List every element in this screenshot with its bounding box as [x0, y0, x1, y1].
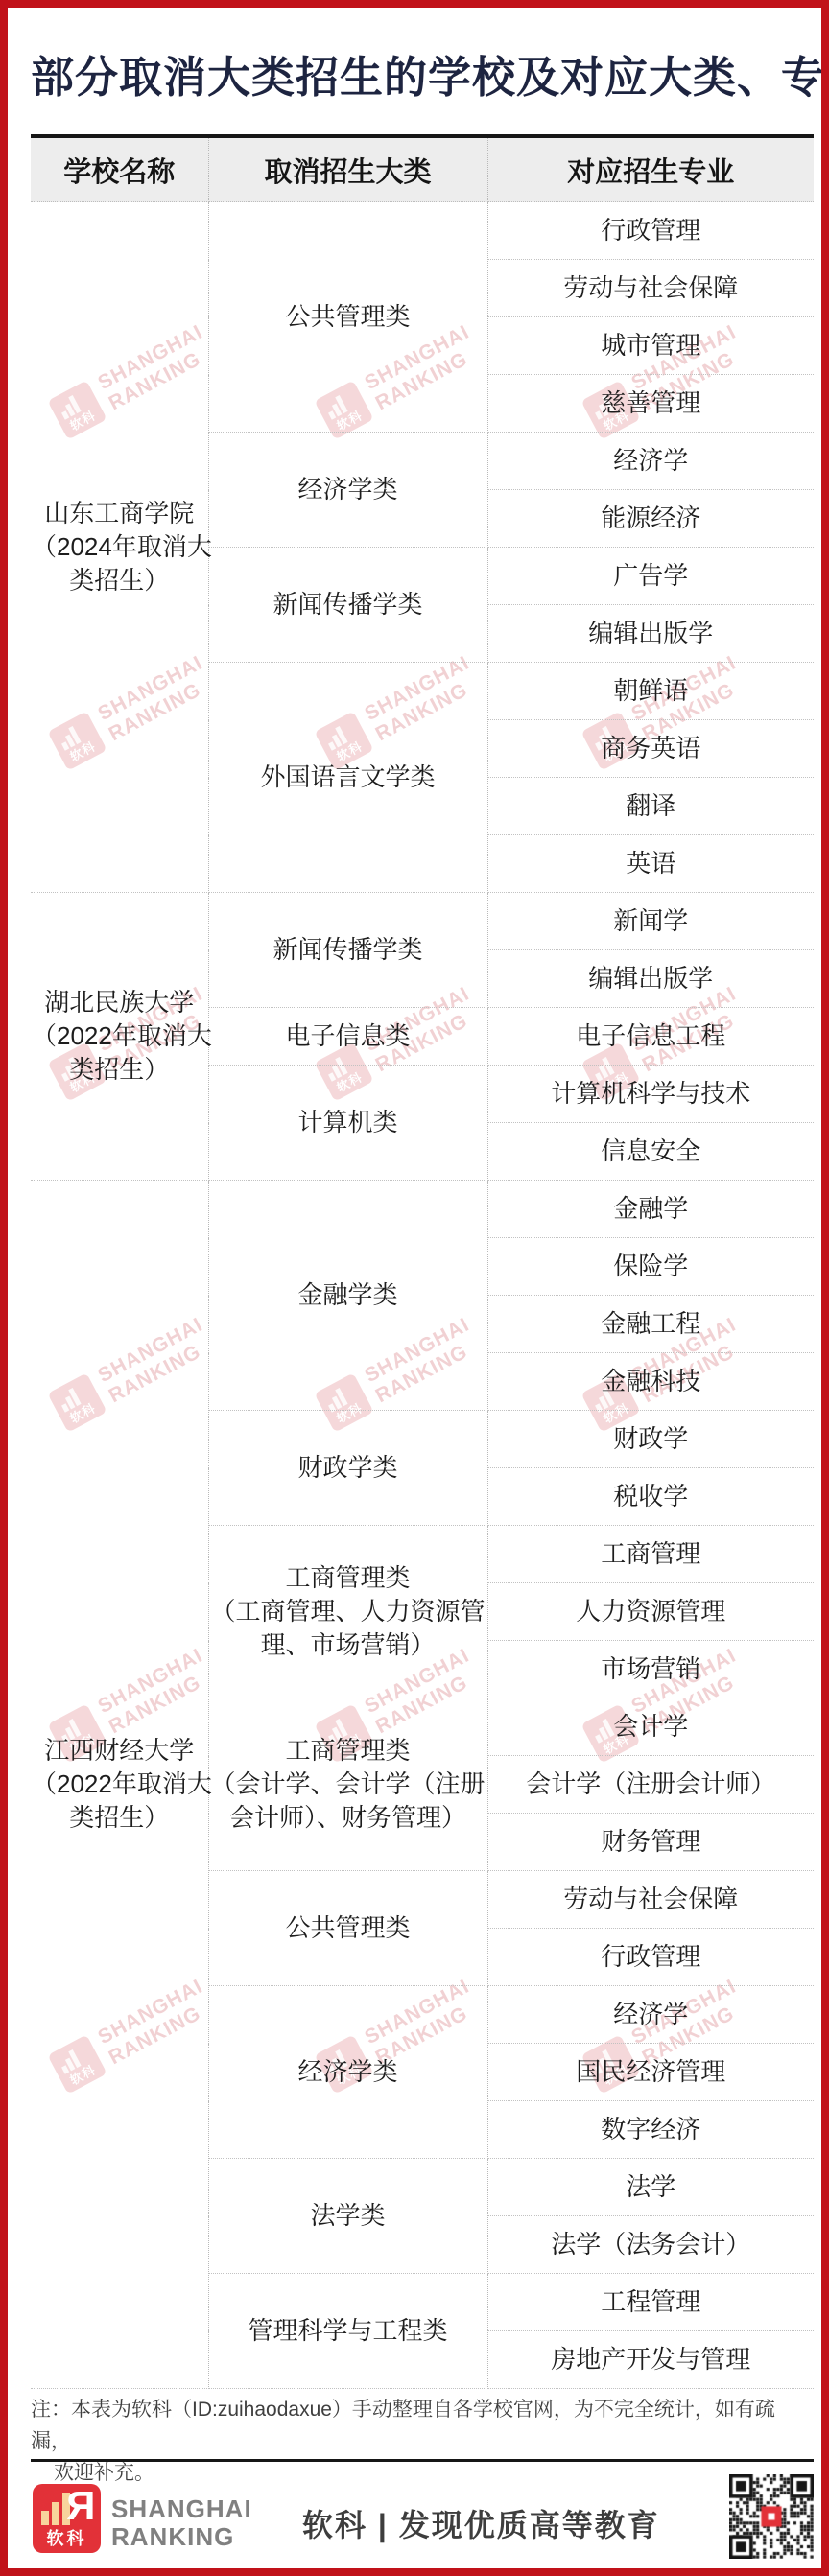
major-cell: 会计学 [487, 1698, 814, 1756]
major-cell: 财务管理 [487, 1814, 814, 1871]
major-cell: 金融科技 [487, 1353, 814, 1411]
column-header-category: 取消招生大类 [208, 136, 487, 202]
major-cell: 工程管理 [487, 2274, 814, 2331]
table-body: 山东工商学院（2024年取消大类招生）公共管理类行政管理劳动与社会保障城市管理慈… [31, 202, 814, 2389]
shangharanking-logo: R 软科 [33, 2484, 101, 2553]
category-cell: 电子信息类 [208, 1008, 487, 1066]
major-cell: 翻译 [487, 778, 814, 835]
category-cell: 财政学类 [208, 1411, 487, 1526]
logo-cn-text: 软科 [33, 2525, 101, 2550]
page-title: 部分取消大类招生的学校及对应大类、专业 [31, 42, 814, 105]
major-cell: 广告学 [487, 548, 814, 605]
footnote: 注：本表为软科（ID:zuihaodaxue）手动整理自各学校官网，为不完全统计… [31, 2394, 814, 2489]
major-cell: 能源经济 [487, 490, 814, 548]
major-cell: 人力资源管理 [487, 1583, 814, 1641]
major-cell: 劳动与社会保障 [487, 1871, 814, 1929]
column-header-major: 对应招生专业 [487, 136, 814, 202]
major-cell: 国民经济管理 [487, 2044, 814, 2101]
major-cell: 劳动与社会保障 [487, 260, 814, 317]
brand-line-1: SHANGHAI [111, 2495, 252, 2523]
category-cell: 金融学类 [208, 1181, 487, 1411]
major-cell: 慈善管理 [487, 375, 814, 433]
category-cell: 新闻传播学类 [208, 548, 487, 663]
major-cell: 编辑出版学 [487, 950, 814, 1008]
major-cell: 房地产开发与管理 [487, 2331, 814, 2389]
column-header-school: 学校名称 [31, 136, 208, 202]
major-cell: 工商管理 [487, 1526, 814, 1583]
category-cell: 计算机类 [208, 1066, 487, 1181]
major-cell: 税收学 [487, 1468, 814, 1526]
category-cell: 新闻传播学类 [208, 893, 487, 1008]
logo-r-glyph: R [66, 2484, 95, 2528]
major-cell: 经济学 [487, 433, 814, 490]
table-wrapper: 学校名称 取消招生大类 对应招生专业 山东工商学院（2024年取消大类招生）公共… [31, 134, 814, 2389]
infographic-page: 软科SHANGHAIRANKING软科SHANGHAIRANKING软科SHAN… [0, 0, 829, 2576]
major-cell: 新闻学 [487, 893, 814, 950]
major-cell: 金融学 [487, 1181, 814, 1238]
category-cell: 公共管理类 [208, 202, 487, 433]
major-cell: 金融工程 [487, 1296, 814, 1353]
major-cell: 会计学（注册会计师） [487, 1756, 814, 1814]
category-cell: 经济学类 [208, 1986, 487, 2159]
category-cell: 管理科学与工程类 [208, 2274, 487, 2389]
footer-divider [31, 2459, 814, 2462]
major-cell: 电子信息工程 [487, 1008, 814, 1066]
school-cell: 湖北民族大学（2022年取消大类招生） [31, 893, 208, 1181]
category-cell: 工商管理类（工商管理、人力资源管理、市场营销） [208, 1526, 487, 1698]
major-cell: 经济学 [487, 1986, 814, 2044]
brand-name: SHANGHAI RANKING [111, 2495, 252, 2551]
category-cell: 经济学类 [208, 433, 487, 548]
brand-line-2: RANKING [111, 2523, 252, 2551]
major-cell: 编辑出版学 [487, 605, 814, 663]
brand-slogan: 软科 | 发现优质高等教育 [302, 2501, 660, 2545]
major-cell: 商务英语 [487, 720, 814, 778]
data-table: 学校名称 取消招生大类 对应招生专业 山东工商学院（2024年取消大类招生）公共… [31, 134, 814, 2389]
table-row: 江西财经大学（2022年取消大类招生）金融学类金融学 [31, 1181, 814, 1238]
major-cell: 市场营销 [487, 1641, 814, 1698]
major-cell: 法学（法务会计） [487, 2216, 814, 2274]
qr-code [729, 2474, 814, 2559]
major-cell: 城市管理 [487, 317, 814, 375]
major-cell: 行政管理 [487, 1929, 814, 1986]
table-row: 湖北民族大学（2022年取消大类招生）新闻传播学类新闻学 [31, 893, 814, 950]
school-cell: 江西财经大学（2022年取消大类招生） [31, 1181, 208, 2389]
major-cell: 保险学 [487, 1238, 814, 1296]
footnote-line-1: 注：本表为软科（ID:zuihaodaxue）手动整理自各学校官网，为不完全统计… [31, 2394, 814, 2457]
major-cell: 朝鲜语 [487, 663, 814, 720]
major-cell: 数字经济 [487, 2101, 814, 2159]
major-cell: 财政学 [487, 1411, 814, 1468]
header-row: 学校名称 取消招生大类 对应招生专业 [31, 136, 814, 202]
table-row: 山东工商学院（2024年取消大类招生）公共管理类行政管理 [31, 202, 814, 260]
major-cell: 计算机科学与技术 [487, 1066, 814, 1123]
category-cell: 外国语言文学类 [208, 663, 487, 893]
major-cell: 行政管理 [487, 202, 814, 260]
category-cell: 公共管理类 [208, 1871, 487, 1986]
major-cell: 法学 [487, 2159, 814, 2216]
category-cell: 工商管理类（会计学、会计学（注册会计师）、财务管理） [208, 1698, 487, 1871]
category-cell: 法学类 [208, 2159, 487, 2274]
school-cell: 山东工商学院（2024年取消大类招生） [31, 202, 208, 893]
major-cell: 信息安全 [487, 1123, 814, 1181]
major-cell: 英语 [487, 835, 814, 893]
